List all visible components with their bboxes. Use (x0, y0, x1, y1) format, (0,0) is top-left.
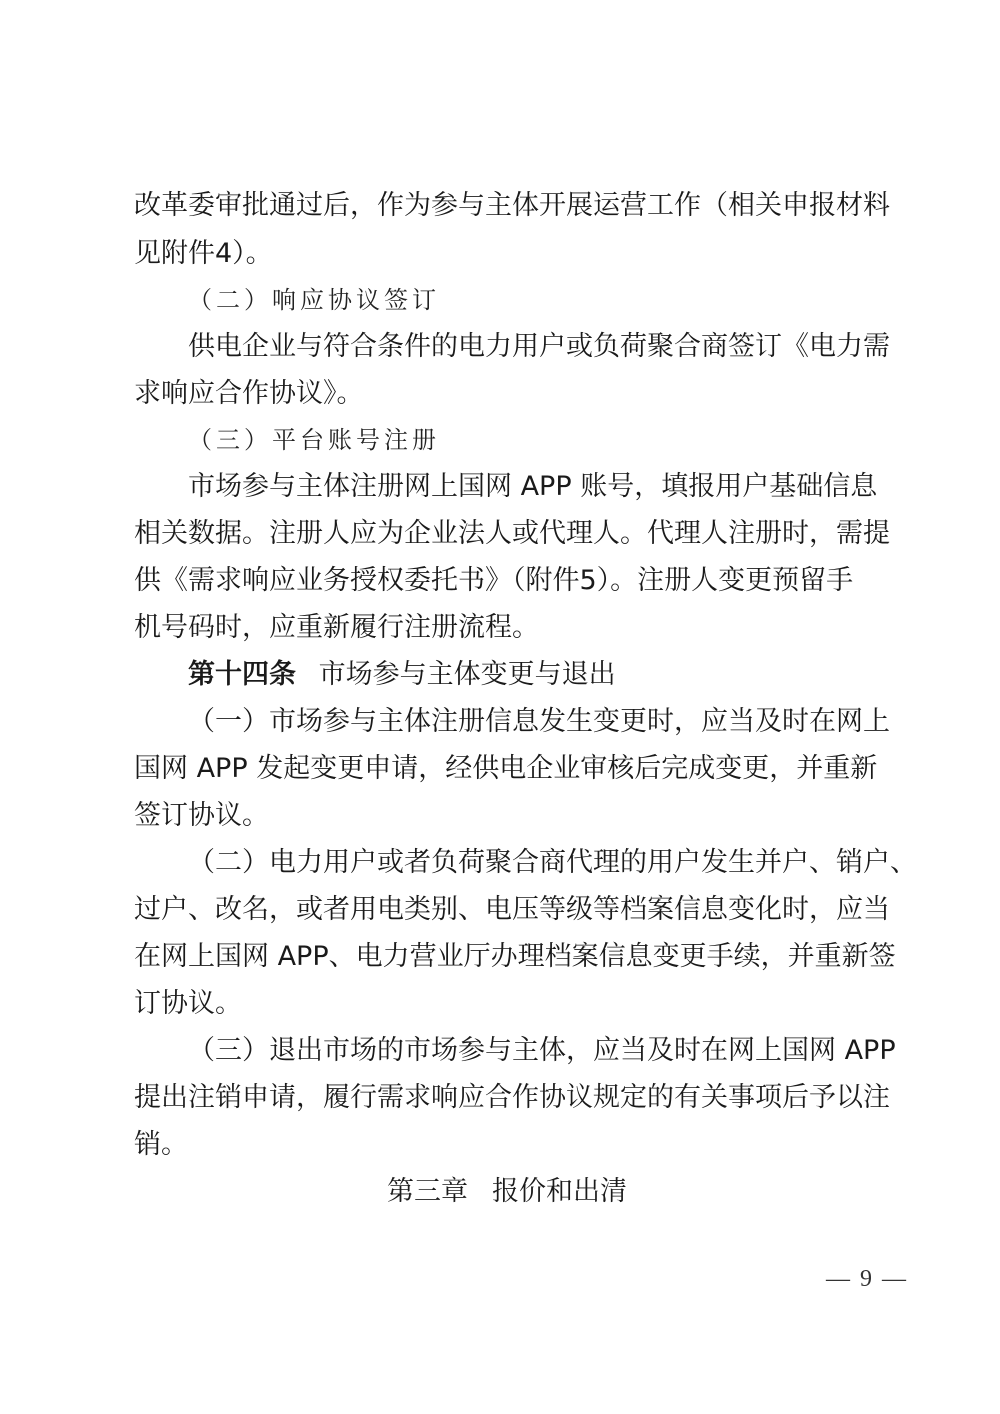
paragraph-line: 销。 (134, 1125, 884, 1165)
paragraph-line: 提出注销申请，履行需求响应合作协议规定的有关事项后予以注 (134, 1078, 884, 1118)
paragraph-line: 签订协议。 (134, 796, 884, 836)
page-number: — 9 — (826, 1266, 908, 1293)
paragraph-line: （二）电力用户或者负荷聚合商代理的用户发生并户、销户、 (188, 843, 938, 883)
paragraph-line: 供《需求响应业务授权委托书》（附件5）。注册人变更预留手 (134, 561, 884, 601)
paragraph-line: （三）退出市场的市场参与主体，应当及时在网上国网 APP (188, 1031, 938, 1071)
paragraph-line: 国网 APP 发起变更申请，经供电企业审核后完成变更，并重新 (134, 749, 884, 789)
chapter-number: 第三章 (387, 1176, 468, 1207)
chapter-heading: 第三章报价和出清 (0, 1172, 1000, 1212)
chapter-title: 报价和出清 (492, 1176, 627, 1207)
article-number: 第十四条 (188, 659, 296, 690)
paragraph-line: 过户、改名，或者用电类别、电压等级等档案信息变化时，应当 (134, 890, 884, 930)
section-subheading: （三）平台账号注册 (188, 420, 938, 460)
paragraph-line: （一）市场参与主体注册信息发生变更时，应当及时在网上 (188, 702, 938, 742)
paragraph-line: 在网上国网 APP、电力营业厅办理档案信息变更手续，并重新签 (134, 937, 884, 977)
article-title: 市场参与主体变更与退出 (319, 659, 616, 690)
article-heading: 第十四条 市场参与主体变更与退出 (188, 655, 938, 695)
paragraph-line: 供电企业与符合条件的电力用户或负荷聚合商签订《电力需 (188, 327, 938, 367)
section-subheading: （二）响应协议签订 (188, 280, 938, 320)
paragraph-line: 订协议。 (134, 984, 884, 1024)
paragraph-line: 改革委审批通过后，作为参与主体开展运营工作（相关申报材料 (134, 186, 884, 226)
paragraph-line: 相关数据。注册人应为企业法人或代理人。代理人注册时，需提 (134, 514, 884, 554)
paragraph-line: 求响应合作协议》。 (134, 374, 884, 414)
paragraph-line: 市场参与主体注册网上国网 APP 账号，填报用户基础信息 (188, 467, 938, 507)
paragraph-line: 机号码时，应重新履行注册流程。 (134, 608, 884, 648)
paragraph-line: 见附件4）。 (134, 234, 884, 274)
document-page: 改革委审批通过后，作为参与主体开展运营工作（相关申报材料 见附件4）。 （二）响… (0, 0, 1000, 1414)
